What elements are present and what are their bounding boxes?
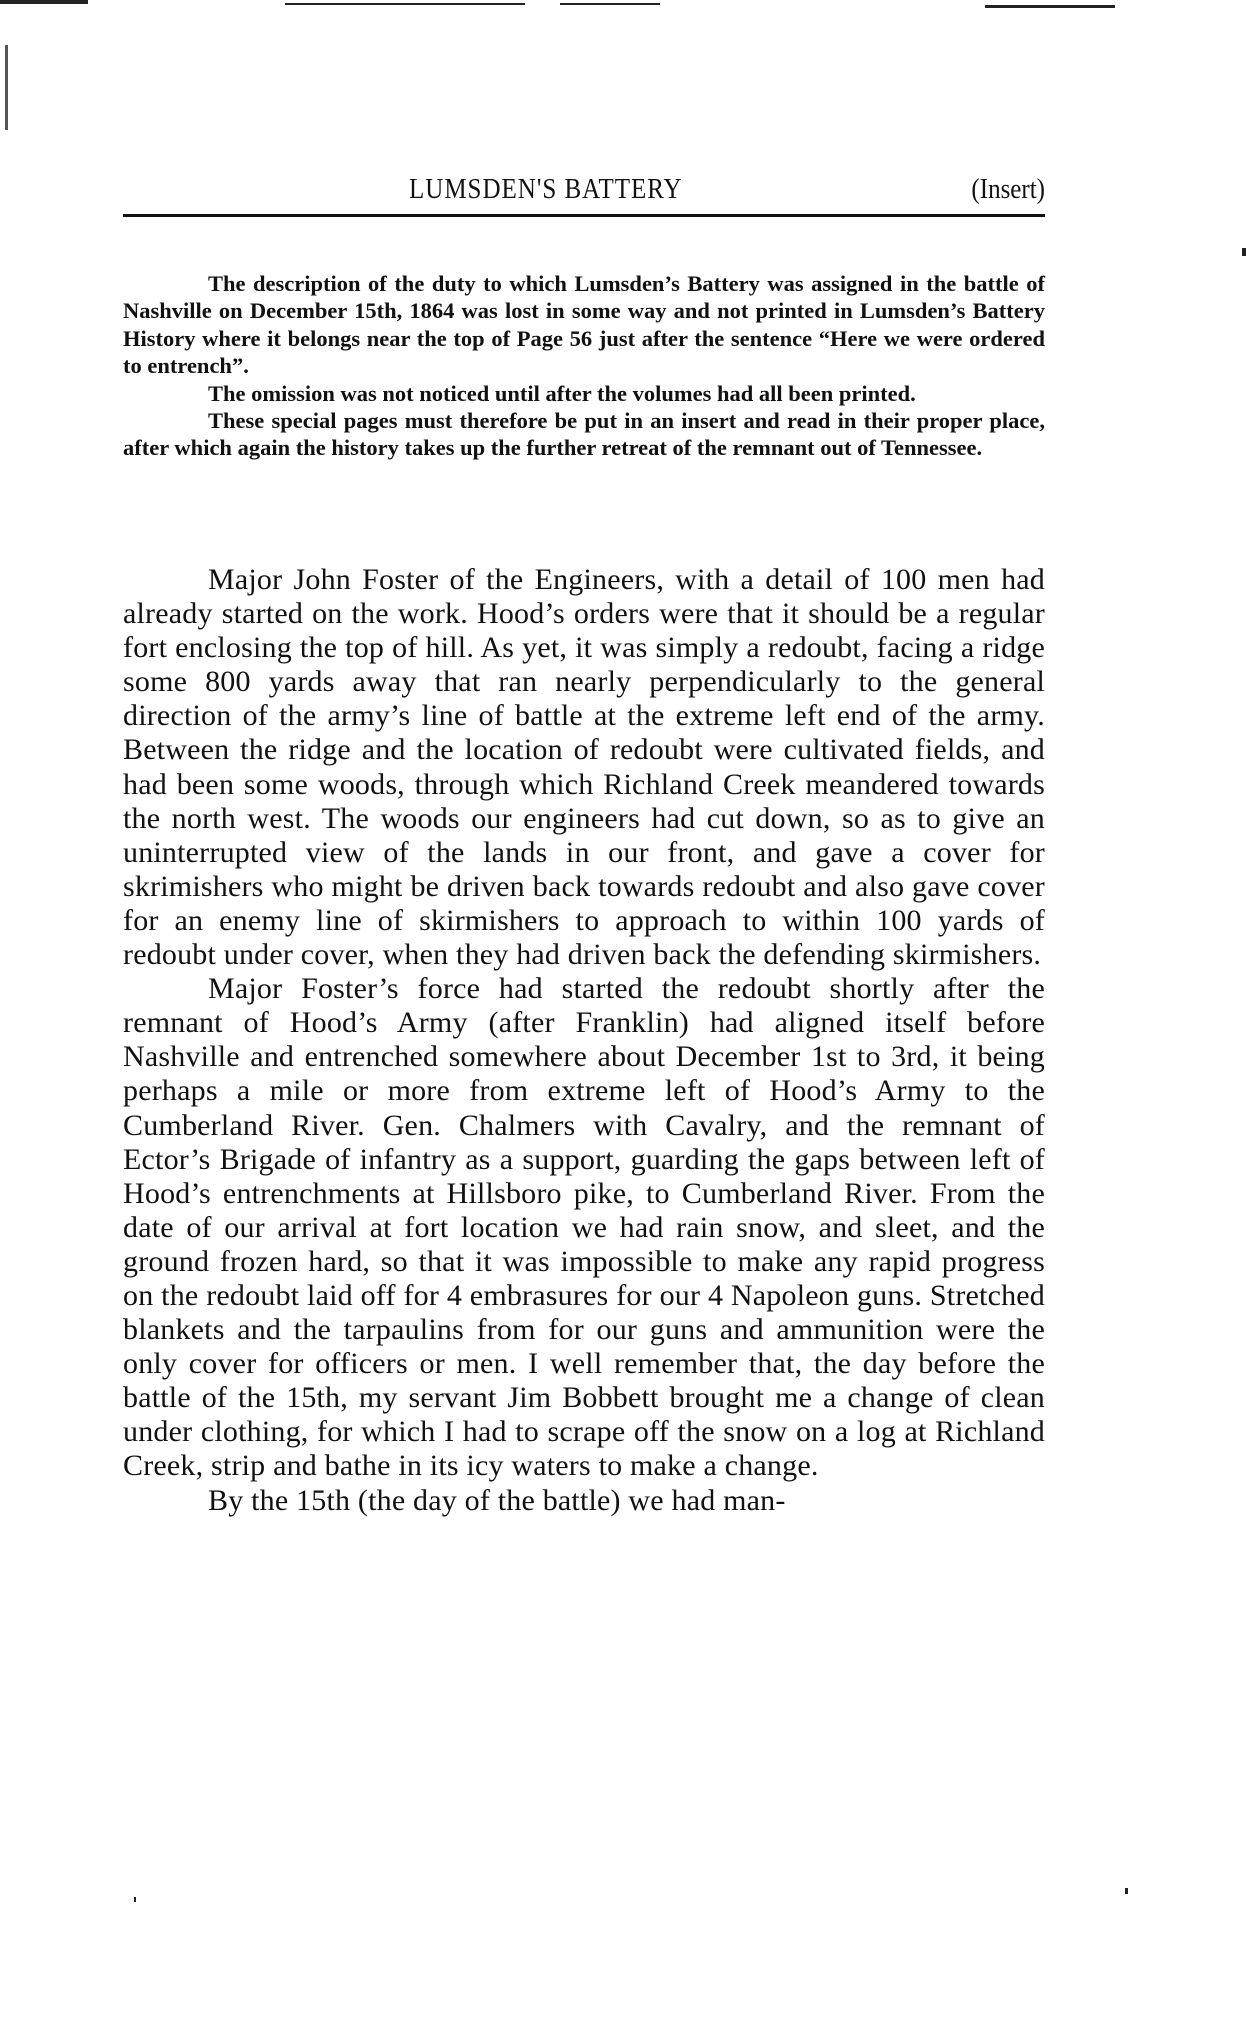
insert-note-paragraph: The description of the duty to which Lum… (123, 270, 1045, 380)
scan-artifact-left-edge (5, 45, 8, 130)
scan-speck (134, 1897, 136, 1902)
scan-artifact-top-1 (285, 3, 525, 5)
scan-speck (1125, 1888, 1128, 1894)
running-header-insert-label: (Insert) (971, 174, 1045, 206)
insert-note-paragraph: These special pages must therefore be pu… (123, 407, 1045, 462)
insert-note: The description of the duty to which Lum… (123, 270, 1045, 462)
body-text: Major John Foster of the Engineers, with… (123, 563, 1045, 1518)
running-header-title: LUMSDEN'S BATTERY (409, 174, 683, 206)
body-paragraph: By the 15th (the day of the battle) we h… (123, 1484, 1045, 1518)
running-header: LUMSDEN'S BATTERY (Insert) (123, 178, 1045, 217)
body-paragraph: Major John Foster of the Engineers, with… (123, 563, 1045, 972)
insert-note-paragraph: The omission was not noticed until after… (123, 380, 1045, 407)
scan-artifact-top-left (0, 0, 88, 4)
scan-artifact-top-right (985, 5, 1115, 8)
body-paragraph: Major Foster’s force had started the red… (123, 972, 1045, 1483)
scan-speck (1242, 248, 1246, 256)
scan-artifact-top-2 (560, 3, 660, 5)
